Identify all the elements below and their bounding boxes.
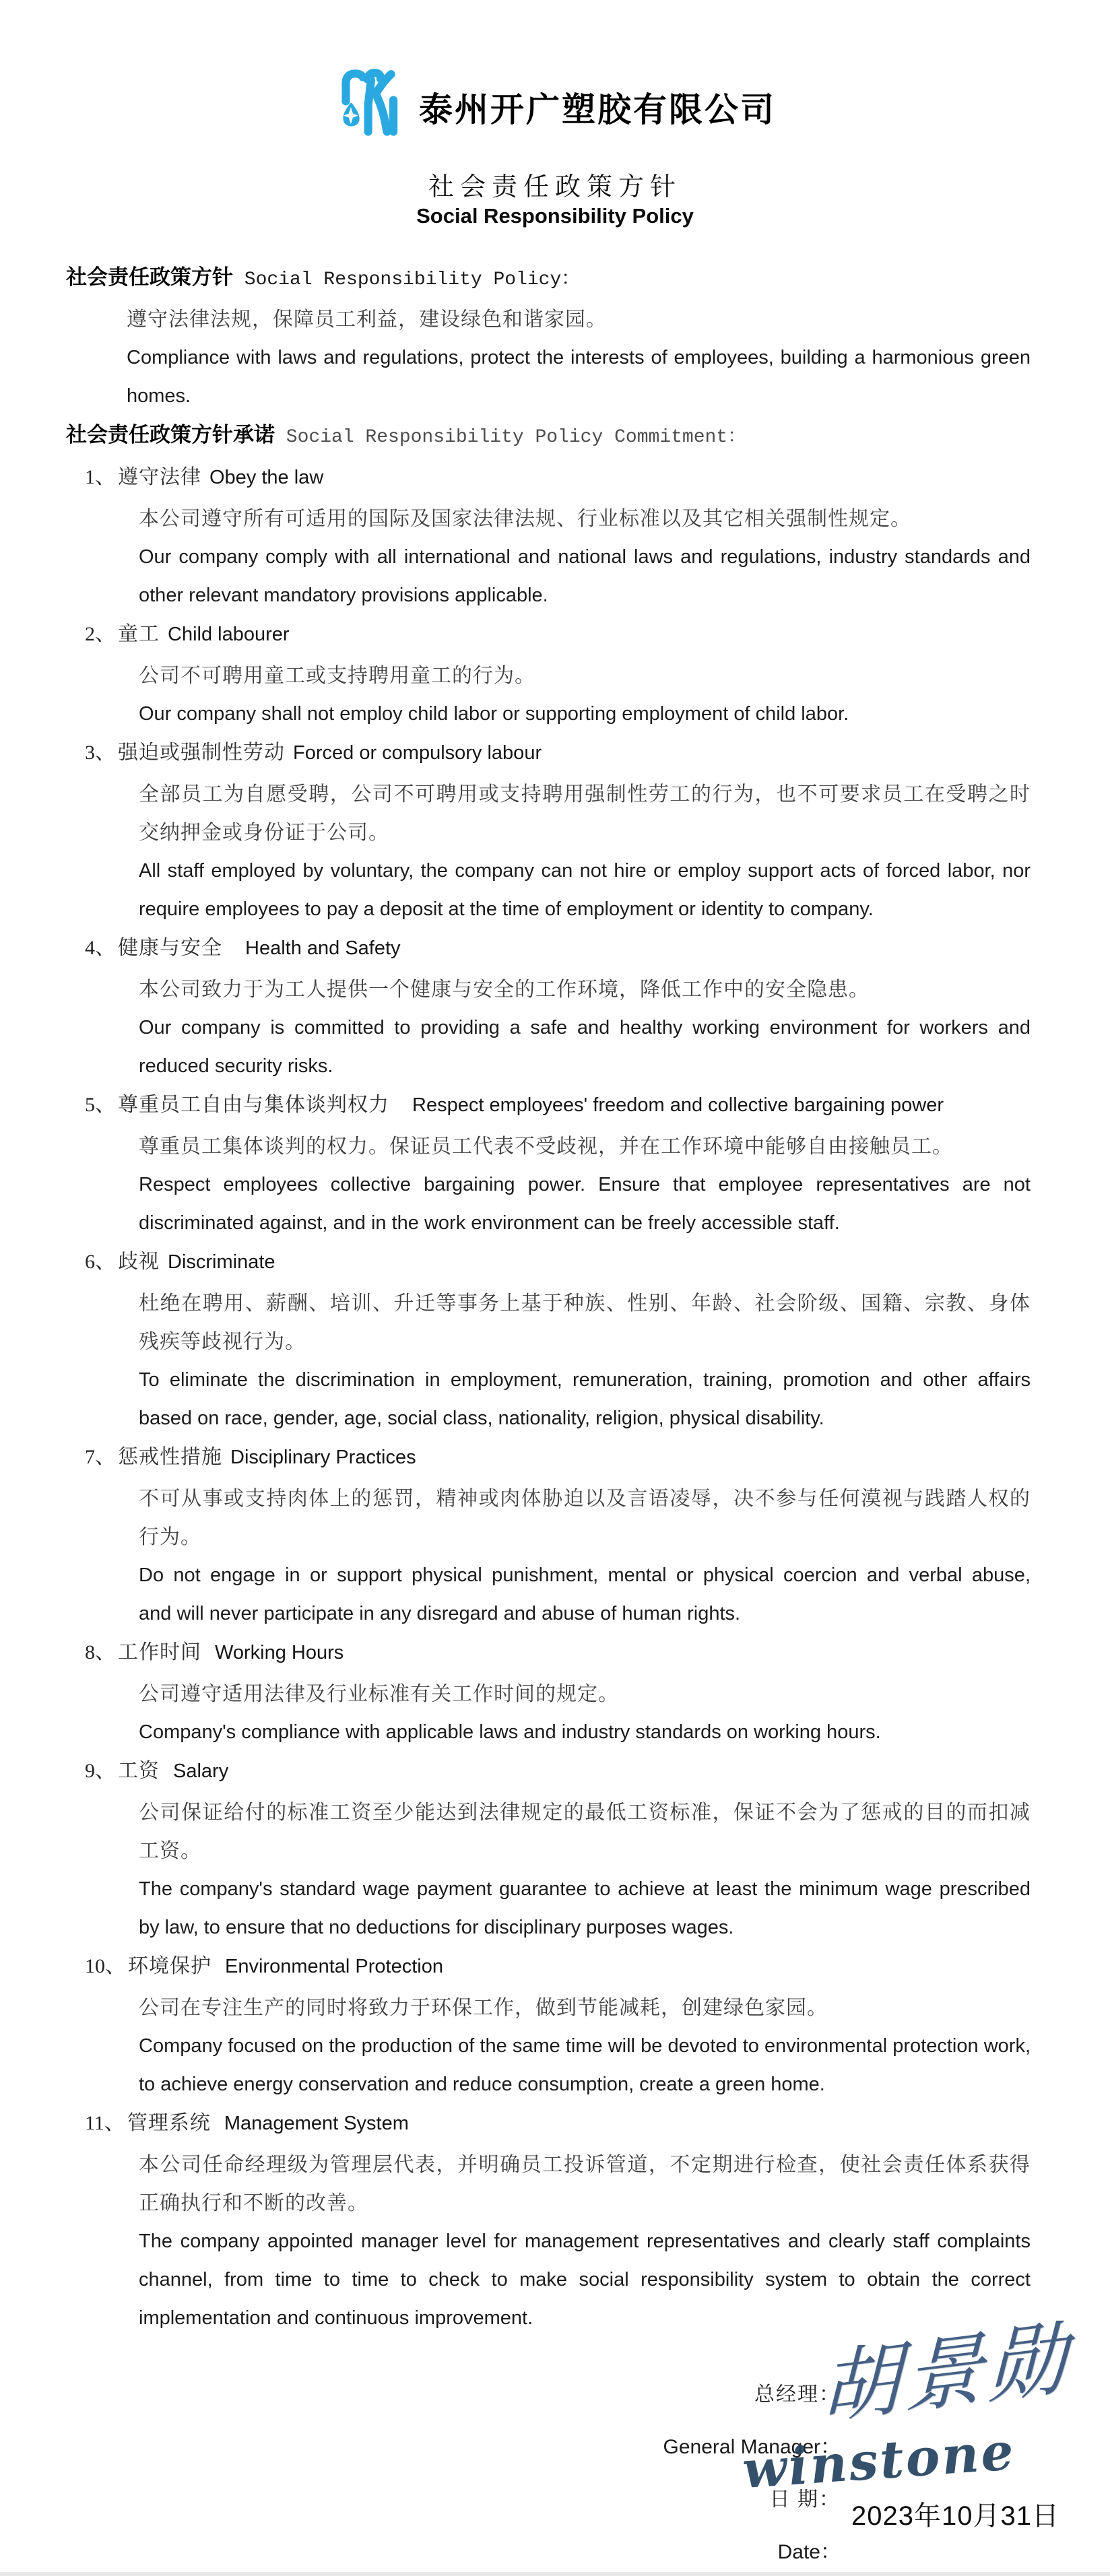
item-heading: 9、工资Salary (66, 1752, 1031, 1793)
item-body-en: To eliminate the discrimination in emplo… (66, 1361, 1031, 1438)
item-title-en: Environmental Protection (225, 1956, 443, 1977)
document-title-zh: 社会责任政策方针 (0, 166, 1110, 203)
item-heading: 10、环境保护Environmental Protection (66, 1947, 1031, 1989)
intro-heading-zh: 社会责任政策方针 (66, 265, 233, 289)
item-title-en: Respect employees' freedom and collectiv… (412, 1094, 944, 1116)
intro-heading: 社会责任政策方针 Social Responsibility Policy： (66, 258, 1031, 300)
policy-item-11: 11、管理系统Management System 本公司任命经理级为管理层代表，… (66, 2104, 1031, 2338)
company-name: 泰州开广塑胶有限公司 (419, 83, 776, 131)
item-title-zh: 环境保护 (128, 1955, 211, 1977)
item-body-en: Our company is committed to providing a … (66, 1009, 1031, 1086)
policy-item-1: 1、遵守法律Obey the law 本公司遵守所有可适用的国际及国家法律法规、… (66, 458, 1031, 615)
item-number: 5、 (85, 1094, 115, 1116)
item-heading: 8、工作时间Working Hours (66, 1633, 1031, 1675)
item-body-en: Do not engage in or support physical pun… (66, 1556, 1031, 1595)
item-title-zh: 歧视 (118, 1251, 160, 1273)
policy-item-7: 7、惩戒性措施Disciplinary Practices 不可从事或支持肉体上… (66, 1438, 1031, 1633)
item-title-en: Discriminate (168, 1251, 275, 1273)
item-number: 4、 (85, 937, 115, 959)
item-number: 11、 (85, 2112, 125, 2134)
company-header: 泰州开广塑胶有限公司 (0, 66, 1110, 148)
policy-item-6: 6、歧视Discriminate 杜绝在聘用、薪酬、培训、升迁等事务上基于种族、… (66, 1243, 1031, 1438)
intro-body-en: Compliance with laws and regulations, pr… (66, 339, 1031, 416)
item-body-en: All staff employed by voluntary, the com… (66, 852, 1031, 929)
commitment-heading-en: Social Responsibility Policy Commitment： (275, 427, 746, 448)
item-title-zh: 工资 (118, 1760, 160, 1782)
item-body-zh: 本公司遵守所有可适用的国际及国家法律法规、行业标准以及其它相关强制性规定。 (66, 500, 1031, 538)
item-body-en-continued: and will never participate in any disreg… (66, 1595, 1031, 1633)
item-heading: 11、管理系统Management System (66, 2104, 1031, 2146)
item-title-zh: 强迫或强制性劳动 (118, 741, 285, 764)
item-title-en: Obey the law (209, 467, 323, 488)
policy-document-page: 泰州开广塑胶有限公司 社会责任政策方针 Social Responsibilit… (0, 0, 1110, 2576)
item-heading: 1、遵守法律Obey the law (66, 458, 1031, 500)
item-title-zh: 遵守法律 (118, 466, 201, 488)
item-body-zh: 公司保证给付的标准工资至少能达到法律规定的最低工资标准，保证不会为了惩戒的目的而… (66, 1793, 1031, 1870)
policy-item-9: 9、工资Salary 公司保证给付的标准工资至少能达到法律规定的最低工资标准，保… (66, 1752, 1031, 1947)
general-manager-label-zh: 总经理： (754, 2377, 841, 2407)
item-body-zh: 杜绝在聘用、薪酬、培训、升迁等事务上基于种族、性别、年龄、社会阶级、国籍、宗教、… (66, 1284, 1031, 1361)
intro-body-zh: 遵守法律法规，保障员工利益，建设绿色和谐家园。 (66, 300, 1031, 339)
item-body-zh: 公司遵守适用法律及行业标准有关工作时间的规定。 (66, 1675, 1031, 1713)
policy-item-8: 8、工作时间Working Hours 公司遵守适用法律及行业标准有关工作时间的… (66, 1633, 1031, 1752)
policy-item-3: 3、强迫或强制性劳动Forced or compulsory labour 全部… (66, 733, 1031, 929)
item-body-zh: 公司在专注生产的同时将致力于环保工作，做到节能减耗，创建绿色家园。 (66, 1989, 1031, 2027)
item-number: 3、 (85, 741, 115, 764)
item-number: 1、 (85, 466, 115, 488)
commitment-heading-zh: 社会责任政策方针承诺 (66, 423, 275, 447)
date-label-en: Date： (778, 2535, 841, 2565)
item-body-en: The company's standard wage payment guar… (66, 1870, 1031, 1947)
item-body-en: The company appointed manager level for … (66, 2222, 1031, 2338)
item-body-zh: 本公司任命经理级为管理层代表，并明确员工投诉管道，不定期进行检查，使社会责任体系… (66, 2146, 1031, 2222)
general-manager-row-en: General Manager： (0, 2418, 1091, 2471)
item-title-en: Disciplinary Practices (230, 1447, 416, 1468)
item-body-zh: 尊重员工集体谈判的权力。保证员工代表不受歧视，并在工作环境中能够自由接触员工。 (66, 1127, 1031, 1166)
policy-body: 社会责任政策方针 Social Responsibility Policy： 遵… (0, 258, 1110, 2338)
item-body-zh: 公司不可聘用童工或支持聘用童工的行为。 (66, 657, 1031, 695)
item-title-zh: 管理系统 (127, 2112, 211, 2134)
item-number: 6、 (85, 1251, 115, 1273)
item-heading: 2、童工Child labourer (66, 615, 1031, 657)
signature-block: 总经理： General Manager： 日 期： 2023年10月31日 D… (0, 2366, 1110, 2576)
intro-heading-en: Social Responsibility Policy： (233, 269, 580, 290)
item-body-en: Company focused on the production of the… (66, 2027, 1031, 2104)
item-title-zh: 健康与安全 (118, 937, 222, 959)
item-heading: 5、尊重员工自由与集体谈判权力Respect employees' freedo… (66, 1086, 1031, 1127)
item-title-en: Health and Safety (245, 937, 401, 959)
general-manager-label-en: General Manager： (663, 2430, 841, 2459)
item-title-en: Salary (173, 1760, 228, 1782)
company-logo-kk-droplet-icon (334, 66, 399, 148)
item-title-en: Child labourer (168, 624, 290, 645)
item-heading: 6、歧视Discriminate (66, 1243, 1031, 1284)
item-body-zh: 全部员工为自愿受聘，公司不可聘用或支持聘用强制性劳工的行为，也不可要求员工在受聘… (66, 775, 1031, 852)
policy-item-10: 10、环境保护Environmental Protection 公司在专注生产的… (66, 1947, 1031, 2104)
item-body-en: Our company shall not employ child labor… (66, 695, 1031, 733)
item-title-zh: 尊重员工自由与集体谈判权力 (118, 1094, 389, 1116)
item-heading: 7、惩戒性措施Disciplinary Practices (66, 1438, 1031, 1480)
item-number: 9、 (85, 1760, 115, 1782)
date-value: 2023年10月31日 (841, 2495, 1091, 2533)
document-title-en: Social Responsibility Policy (0, 204, 1110, 228)
item-number: 7、 (85, 1446, 115, 1468)
policy-item-2: 2、童工Child labourer 公司不可聘用童工或支持聘用童工的行为。 O… (66, 615, 1031, 733)
item-heading: 3、强迫或强制性劳动Forced or compulsory labour (66, 733, 1031, 775)
date-label-zh: 日 期： (770, 2482, 841, 2512)
policy-item-5: 5、尊重员工自由与集体谈判权力Respect employees' freedo… (66, 1086, 1031, 1243)
general-manager-row-zh: 总经理： (0, 2366, 1091, 2418)
item-number: 8、 (85, 1641, 115, 1663)
item-heading: 4、健康与安全Health and Safety (66, 929, 1031, 970)
date-row-zh: 日 期： 2023年10月31日 (0, 2471, 1091, 2523)
item-title-en: Forced or compulsory labour (293, 742, 542, 764)
item-title-zh: 童工 (118, 623, 160, 645)
item-title-zh: 工作时间 (118, 1641, 201, 1663)
item-number: 2、 (85, 623, 115, 645)
policy-item-4: 4、健康与安全Health and Safety 本公司致力于为工人提供一个健康… (66, 929, 1031, 1086)
item-number: 10、 (85, 1955, 125, 1977)
page-bottom-edge (0, 2572, 1110, 2576)
commitment-heading: 社会责任政策方针承诺 Social Responsibility Policy … (66, 416, 1031, 458)
item-body-en: Respect employees collective bargaining … (66, 1166, 1031, 1243)
item-title-en: Working Hours (215, 1642, 344, 1663)
item-title-en: Management System (224, 2113, 409, 2134)
item-body-en: Company's compliance with applicable law… (66, 1713, 1031, 1752)
item-body-en: Our company comply with all internationa… (66, 538, 1031, 615)
item-title-zh: 惩戒性措施 (118, 1446, 222, 1468)
item-body-zh: 本公司致力于为工人提供一个健康与安全的工作环境，降低工作中的安全隐患。 (66, 970, 1031, 1009)
item-body-zh: 不可从事或支持肉体上的惩罚，精神或肉体胁迫以及言语凌辱，决不参与任何漠视与践踏人… (66, 1480, 1031, 1556)
